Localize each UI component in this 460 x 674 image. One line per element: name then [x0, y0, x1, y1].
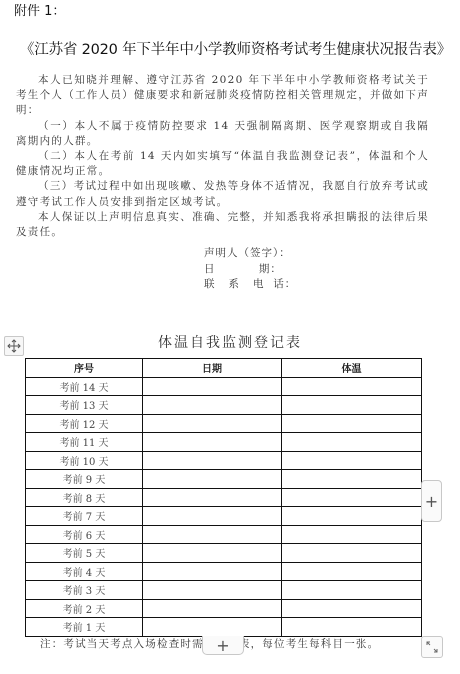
date-cell[interactable]	[143, 377, 282, 396]
temperature-cell[interactable]	[282, 451, 422, 470]
temperature-cell[interactable]	[282, 562, 422, 581]
table-row: 考前 14 天	[26, 377, 422, 396]
table-row: 考前 10 天	[26, 451, 422, 470]
date-label: 日 期：	[204, 262, 296, 278]
table-row: 考前 6 天	[26, 525, 422, 544]
date-cell[interactable]	[143, 581, 282, 600]
temperature-cell[interactable]	[282, 396, 422, 415]
table-row: 考前 1 天	[26, 618, 422, 637]
header-index: 序号	[26, 359, 143, 378]
header-temperature: 体温	[282, 359, 422, 378]
temperature-cell[interactable]	[282, 525, 422, 544]
temperature-cell[interactable]	[282, 433, 422, 452]
row-label: 考前 5 天	[26, 544, 143, 563]
table-row: 考前 12 天	[26, 414, 422, 433]
table-resize-handle[interactable]	[421, 636, 443, 658]
date-cell[interactable]	[143, 451, 282, 470]
date-cell[interactable]	[143, 433, 282, 452]
table-row: 考前 13 天	[26, 396, 422, 415]
document-title: 《江苏省 2020 年下半年中小学教师资格考试考生健康状况报告表》	[20, 38, 451, 59]
table-row: 考前 9 天	[26, 470, 422, 489]
date-cell[interactable]	[143, 414, 282, 433]
table-row: 考前 4 天	[26, 562, 422, 581]
row-label: 考前 4 天	[26, 562, 143, 581]
date-cell[interactable]	[143, 507, 282, 526]
phone-label: 联 系 电 话：	[204, 277, 296, 293]
date-cell[interactable]	[143, 488, 282, 507]
paragraph-item-2: （二）本人在考前 14 天内如实填写“体温自我监测登记表”，体温和个人健康情况均…	[16, 149, 429, 179]
table-title: 体温自我监测登记表	[0, 332, 460, 352]
add-column-button[interactable]: +	[421, 480, 442, 522]
paragraph-item-1: （一）本人不属于疫情防控要求 14 天强制隔离期、医学观察期或自我隔离期内的人群…	[16, 119, 429, 149]
date-cell[interactable]	[143, 599, 282, 618]
row-label: 考前 1 天	[26, 618, 143, 637]
header-date: 日期	[143, 359, 282, 378]
temperature-cell[interactable]	[282, 488, 422, 507]
table-row: 考前 11 天	[26, 433, 422, 452]
row-label: 考前 7 天	[26, 507, 143, 526]
date-cell[interactable]	[143, 396, 282, 415]
paragraph-item-3: （三）考试过程中如出现咳嗽、发热等身体不适情况，我愿自行放弃考试或遵守考试工作人…	[16, 179, 429, 209]
temperature-cell[interactable]	[282, 414, 422, 433]
row-label: 考前 6 天	[26, 525, 143, 544]
temperature-log-table: 序号 日期 体温 考前 14 天考前 13 天考前 12 天考前 11 天考前 …	[25, 358, 422, 637]
add-row-button[interactable]: +	[202, 636, 244, 655]
table-row: 考前 7 天	[26, 507, 422, 526]
signature-block: 声明人（签字）： 日 期： 联 系 电 话：	[204, 246, 296, 293]
table-row: 考前 3 天	[26, 581, 422, 600]
row-label: 考前 14 天	[26, 377, 143, 396]
temperature-cell[interactable]	[282, 618, 422, 637]
attachment-label: 附件 1：	[14, 0, 65, 19]
row-label: 考前 11 天	[26, 433, 143, 452]
date-cell[interactable]	[143, 470, 282, 489]
table-row: 考前 2 天	[26, 599, 422, 618]
temperature-cell[interactable]	[282, 599, 422, 618]
row-label: 考前 3 天	[26, 581, 143, 600]
row-label: 考前 12 天	[26, 414, 143, 433]
date-cell[interactable]	[143, 525, 282, 544]
date-cell[interactable]	[143, 562, 282, 581]
temperature-cell[interactable]	[282, 377, 422, 396]
temperature-cell[interactable]	[282, 470, 422, 489]
declaration-body: 本人已知晓并理解、遵守江苏省 2020 年下半年中小学教师资格考试关于考生个人（…	[16, 73, 429, 240]
declarant-signature-label: 声明人（签字）：	[204, 246, 296, 262]
temperature-cell[interactable]	[282, 507, 422, 526]
row-label: 考前 8 天	[26, 488, 143, 507]
date-cell[interactable]	[143, 618, 282, 637]
row-label: 考前 2 天	[26, 599, 143, 618]
row-label: 考前 9 天	[26, 470, 143, 489]
table-header-row: 序号 日期 体温	[26, 359, 422, 378]
resize-diagonal-icon	[422, 637, 442, 657]
date-cell[interactable]	[143, 544, 282, 563]
paragraph-guarantee: 本人保证以上声明信息真实、准确、完整，并知悉我将承担瞒报的法律后果及责任。	[16, 210, 429, 240]
row-label: 考前 13 天	[26, 396, 143, 415]
paragraph-intro: 本人已知晓并理解、遵守江苏省 2020 年下半年中小学教师资格考试关于考生个人（…	[16, 73, 429, 119]
temperature-cell[interactable]	[282, 581, 422, 600]
table-row: 考前 8 天	[26, 488, 422, 507]
row-label: 考前 10 天	[26, 451, 143, 470]
temperature-cell[interactable]	[282, 544, 422, 563]
table-row: 考前 5 天	[26, 544, 422, 563]
